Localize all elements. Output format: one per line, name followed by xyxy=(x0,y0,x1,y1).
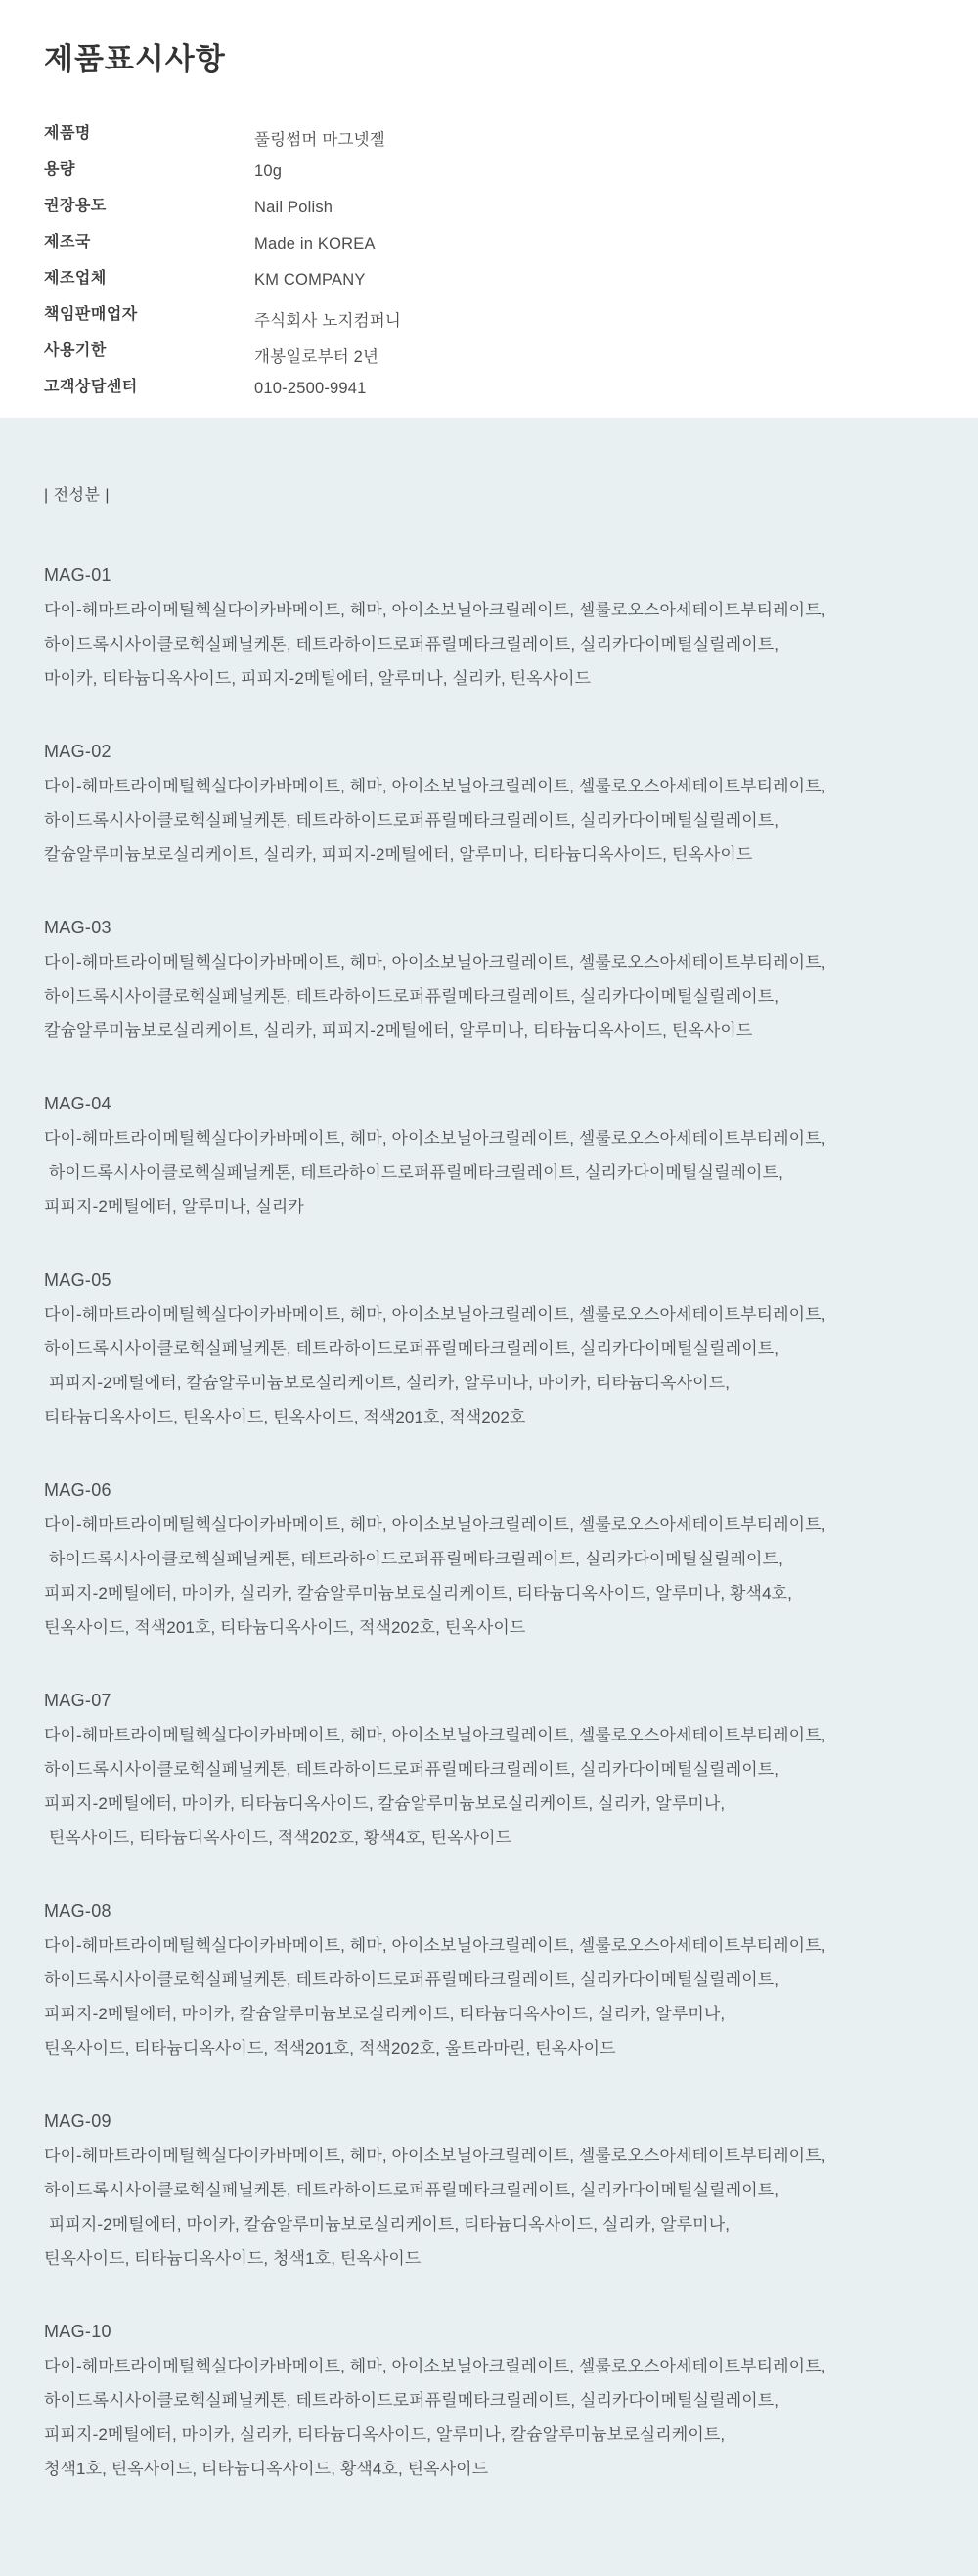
ingredient-line: 티타늄디옥사이드, 틴옥사이드, 틴옥사이드, 적색201호, 적색202호 xyxy=(44,1400,934,1434)
page-title: 제품표시사항 xyxy=(44,39,934,80)
ingredient-line: 피피지-2메틸에터, 마이카, 실리카, 티타늄디옥사이드, 알루미나, 칼슘알… xyxy=(44,2418,934,2452)
ingredient-line: 하이드록시사이클로헥실페닐케톤, 테트라하이드로퍼퓨릴메타크릴레이트, 실리카다… xyxy=(44,1332,934,1366)
ingredient-line: 칼슘알루미늄보로실리케이트, 실리카, 피피지-2메틸에터, 알루미나, 티타늄… xyxy=(44,1014,934,1048)
ingredient-line: 마이카, 티타늄디옥사이드, 피피지-2메틸에터, 알루미나, 실리카, 틴옥사… xyxy=(44,661,934,696)
ingredient-code: MAG-09 xyxy=(44,2104,934,2139)
info-row-label: 책임판매업자 xyxy=(44,298,254,324)
info-row-value: Made in KOREA xyxy=(254,226,934,253)
ingredient-code: MAG-04 xyxy=(44,1087,934,1121)
ingredient-code: MAG-07 xyxy=(44,1684,934,1718)
table-row: 제품명 풀링썸머 마그넷젤 xyxy=(44,117,934,154)
info-row-label: 제조국 xyxy=(44,226,254,251)
ingredient-code: MAG-10 xyxy=(44,2315,934,2349)
ingredient-code: MAG-03 xyxy=(44,911,934,945)
ingredient-block-mag-06: MAG-06 다이-헤마트라이메틸헥실다이카바메이트, 헤마, 아이소보닐아크릴… xyxy=(44,1473,934,1645)
ingredient-line: 피피지-2메틸에터, 칼슘알루미늄보로실리케이트, 실리카, 알루미나, 마이카… xyxy=(44,1366,934,1400)
ingredient-code: MAG-01 xyxy=(44,559,934,593)
ingredient-line: 다이-헤마트라이메틸헥실다이카바메이트, 헤마, 아이소보닐아크릴레이트, 셀룰… xyxy=(44,593,934,627)
info-row-value: 개봉일로부터 2년 xyxy=(254,335,934,367)
ingredient-line: 피피지-2메틸에터, 마이카, 칼슘알루미늄보로실리케이트, 티타늄디옥사이드,… xyxy=(44,1997,934,2031)
ingredient-line: 하이드록시사이클로헥실페닐케톤, 테트라하이드로퍼퓨릴메타크릴레이트, 실리카다… xyxy=(44,2383,934,2418)
ingredients-heading: | 전성분 | xyxy=(44,484,934,508)
ingredient-line: 다이-헤마트라이메틸헥실다이카바메이트, 헤마, 아이소보닐아크릴레이트, 셀룰… xyxy=(44,1718,934,1752)
ingredient-line: 하이드록시사이클로헥실페닐케톤, 테트라하이드로퍼퓨릴메타크릴레이트, 실리카다… xyxy=(44,2173,934,2207)
ingredient-line: 다이-헤마트라이메틸헥실다이카바메이트, 헤마, 아이소보닐아크릴레이트, 셀룰… xyxy=(44,1508,934,1542)
ingredient-code: MAG-06 xyxy=(44,1473,934,1508)
ingredient-code: MAG-02 xyxy=(44,735,934,769)
ingredient-block-mag-07: MAG-07 다이-헤마트라이메틸헥실다이카바메이트, 헤마, 아이소보닐아크릴… xyxy=(44,1684,934,1855)
ingredient-line: 하이드록시사이클로헥실페닐케톤, 테트라하이드로퍼퓨릴메타크릴레이트, 실리카다… xyxy=(44,1752,934,1786)
table-row: 제조국 Made in KOREA xyxy=(44,226,934,262)
table-row: 권장용도 Nail Polish xyxy=(44,190,934,226)
info-row-label: 권장용도 xyxy=(44,190,254,215)
ingredient-block-mag-03: MAG-03 다이-헤마트라이메틸헥실다이카바메이트, 헤마, 아이소보닐아크릴… xyxy=(44,911,934,1048)
ingredient-block-mag-01: MAG-01 다이-헤마트라이메틸헥실다이카바메이트, 헤마, 아이소보닐아크릴… xyxy=(44,559,934,696)
ingredient-line: 하이드록시사이클로헥실페닐케톤, 테트라하이드로퍼퓨릴메타크릴레이트, 실리카다… xyxy=(44,1963,934,1997)
ingredient-line: 하이드록시사이클로헥실페닐케톤, 테트라하이드로퍼퓨릴메타크릴레이트, 실리카다… xyxy=(44,627,934,661)
ingredient-line: 다이-헤마트라이메틸헥실다이카바메이트, 헤마, 아이소보닐아크릴레이트, 셀룰… xyxy=(44,945,934,979)
info-row-value: Nail Polish xyxy=(254,190,934,217)
info-row-value: KM COMPANY xyxy=(254,262,934,290)
ingredient-line: 다이-헤마트라이메틸헥실다이카바메이트, 헤마, 아이소보닐아크릴레이트, 셀룰… xyxy=(44,1121,934,1155)
ingredient-block-mag-08: MAG-08 다이-헤마트라이메틸헥실다이카바메이트, 헤마, 아이소보닐아크릴… xyxy=(44,1894,934,2065)
info-row-value: 10g xyxy=(254,154,934,181)
ingredient-line: 다이-헤마트라이메틸헥실다이카바메이트, 헤마, 아이소보닐아크릴레이트, 셀룰… xyxy=(44,1928,934,1963)
info-row-value: 010-2500-9941 xyxy=(254,371,934,398)
ingredient-line: 하이드록시사이클로헥실페닐케톤, 테트라하이드로퍼퓨릴메타크릴레이트, 실리카다… xyxy=(44,1542,934,1576)
ingredient-line: 틴옥사이드, 티타늄디옥사이드, 적색202호, 황색4호, 틴옥사이드 xyxy=(44,1821,934,1855)
ingredient-line: 하이드록시사이클로헥실페닐케톤, 테트라하이드로퍼퓨릴메타크릴레이트, 실리카다… xyxy=(44,1155,934,1190)
ingredient-line: 피피지-2메틸에터, 마이카, 실리카, 칼슘알루미늄보로실리케이트, 티타늄디… xyxy=(44,1576,934,1610)
ingredient-line: 다이-헤마트라이메틸헥실다이카바메이트, 헤마, 아이소보닐아크릴레이트, 셀룰… xyxy=(44,769,934,803)
ingredient-line: 피피지-2메틸에터, 마이카, 티타늄디옥사이드, 칼슘알루미늄보로실리케이트,… xyxy=(44,1786,934,1821)
table-row: 책임판매업자 주식회사 노지컴퍼니 xyxy=(44,298,934,335)
info-row-label: 사용기한 xyxy=(44,335,254,360)
ingredient-line: 다이-헤마트라이메틸헥실다이카바메이트, 헤마, 아이소보닐아크릴레이트, 셀룰… xyxy=(44,2349,934,2383)
product-info-table: 제품명 풀링썸머 마그넷젤 용량 10g 권장용도 Nail Polish 제조… xyxy=(44,117,934,407)
info-row-value: 주식회사 노지컴퍼니 xyxy=(254,298,934,331)
table-row: 용량 10g xyxy=(44,154,934,190)
ingredient-line: 다이-헤마트라이메틸헥실다이카바메이트, 헤마, 아이소보닐아크릴레이트, 셀룰… xyxy=(44,2139,934,2173)
ingredient-line: 피피지-2메틸에터, 마이카, 칼슘알루미늄보로실리케이트, 티타늄디옥사이드,… xyxy=(44,2207,934,2241)
ingredient-line: 칼슘알루미늄보로실리케이트, 실리카, 피피지-2메틸에터, 알루미나, 티타늄… xyxy=(44,837,934,872)
ingredient-block-mag-09: MAG-09 다이-헤마트라이메틸헥실다이카바메이트, 헤마, 아이소보닐아크릴… xyxy=(44,2104,934,2276)
ingredient-line: 청색1호, 틴옥사이드, 티타늄디옥사이드, 황색4호, 틴옥사이드 xyxy=(44,2452,934,2486)
table-row: 제조업체 KM COMPANY xyxy=(44,262,934,298)
info-row-label: 고객상담센터 xyxy=(44,371,254,396)
ingredient-block-mag-10: MAG-10 다이-헤마트라이메틸헥실다이카바메이트, 헤마, 아이소보닐아크릴… xyxy=(44,2315,934,2486)
ingredient-code: MAG-08 xyxy=(44,1894,934,1928)
info-row-value: 풀링썸머 마그넷젤 xyxy=(254,117,934,150)
ingredient-line: 다이-헤마트라이메틸헥실다이카바메이트, 헤마, 아이소보닐아크릴레이트, 셀룰… xyxy=(44,1297,934,1332)
ingredient-line: 틴옥사이드, 티타늄디옥사이드, 적색201호, 적색202호, 울트라마린, … xyxy=(44,2031,934,2065)
ingredient-block-mag-05: MAG-05 다이-헤마트라이메틸헥실다이카바메이트, 헤마, 아이소보닐아크릴… xyxy=(44,1263,934,1434)
info-row-label: 용량 xyxy=(44,154,254,179)
ingredient-line: 틴옥사이드, 티타늄디옥사이드, 청색1호, 틴옥사이드 xyxy=(44,2241,934,2276)
ingredient-block-mag-02: MAG-02 다이-헤마트라이메틸헥실다이카바메이트, 헤마, 아이소보닐아크릴… xyxy=(44,735,934,872)
table-row: 사용기한 개봉일로부터 2년 xyxy=(44,335,934,371)
ingredients-section: | 전성분 | MAG-01 다이-헤마트라이메틸헥실다이카바메이트, 헤마, … xyxy=(0,418,978,2576)
ingredient-line: 하이드록시사이클로헥실페닐케톤, 테트라하이드로퍼퓨릴메타크릴레이트, 실리카다… xyxy=(44,979,934,1014)
ingredient-line: 틴옥사이드, 적색201호, 티타늄디옥사이드, 적색202호, 틴옥사이드 xyxy=(44,1610,934,1645)
info-row-label: 제품명 xyxy=(44,117,254,143)
product-info-page: 제품표시사항 제품명 풀링썸머 마그넷젤 용량 10g 권장용도 Nail Po… xyxy=(0,0,978,2576)
ingredient-line: 하이드록시사이클로헥실페닐케톤, 테트라하이드로퍼퓨릴메타크릴레이트, 실리카다… xyxy=(44,803,934,837)
info-row-label: 제조업체 xyxy=(44,262,254,288)
ingredient-code: MAG-05 xyxy=(44,1263,934,1297)
ingredient-line: 피피지-2메틸에터, 알루미나, 실리카 xyxy=(44,1190,934,1224)
ingredient-block-mag-04: MAG-04 다이-헤마트라이메틸헥실다이카바메이트, 헤마, 아이소보닐아크릴… xyxy=(44,1087,934,1224)
product-labeling-section: 제품표시사항 제품명 풀링썸머 마그넷젤 용량 10g 권장용도 Nail Po… xyxy=(0,0,978,418)
table-row: 고객상담센터 010-2500-9941 xyxy=(44,371,934,407)
